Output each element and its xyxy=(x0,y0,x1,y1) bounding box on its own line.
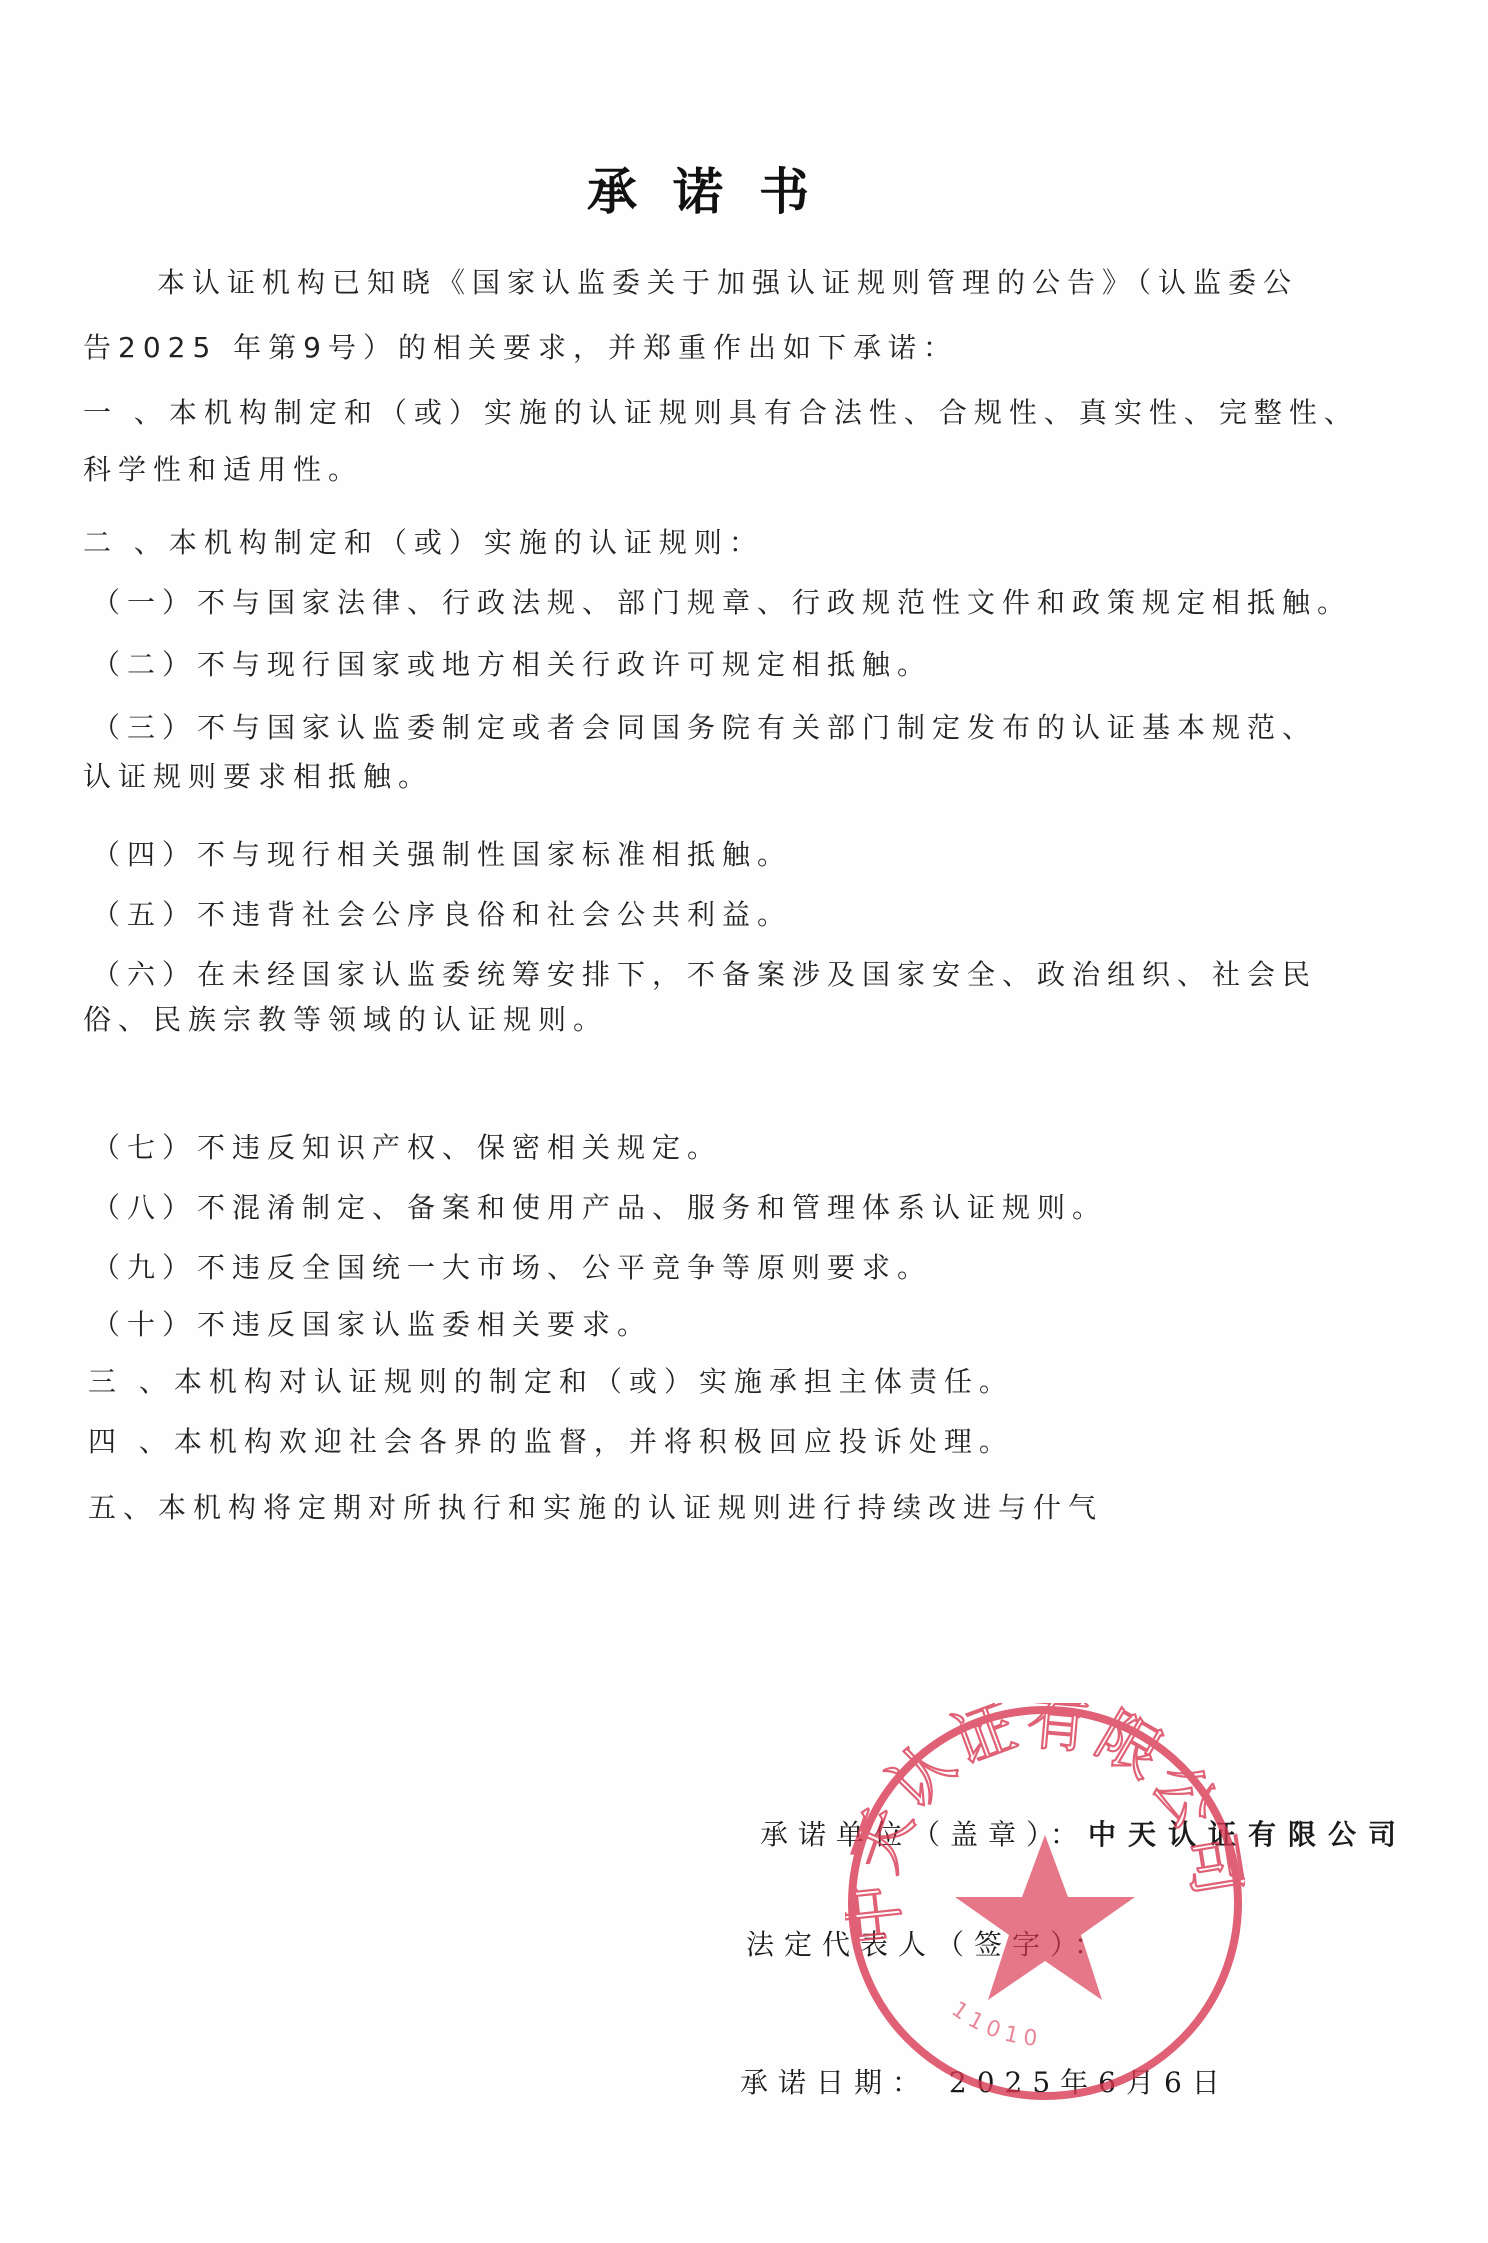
clause-3: 三 、本机构对认证规则的制定和（或）实施承担主体责任。 xyxy=(88,1364,1014,1400)
star-icon xyxy=(955,1835,1135,2000)
signature-rep-label: 法定代表人（签字）： xyxy=(746,1928,1112,1961)
seal-code-text: 11010 xyxy=(947,1997,1045,2052)
clause-2-item-3-cont: 认证规则要求相抵触。 xyxy=(83,759,433,795)
clause-2-item-6: （六）在未经国家认监委统筹安排下，不备案涉及国家安全、政治组织、社会民 xyxy=(92,957,1317,993)
signature-date-value: 2025年6月6日 xyxy=(949,2066,1230,2099)
clause-2-item-3: （三）不与国家认监委制定或者会同国务院有关部门制定发布的认证基本规范、 xyxy=(92,710,1317,746)
signature-unit-label: 承诺单位（盖章）： xyxy=(760,1818,1088,1851)
signature-rep-row: 法定代表人（签字）： xyxy=(746,1927,1112,1963)
document-title: 承诺书 xyxy=(0,162,1396,222)
clause-2-item-2: （二）不与现行国家或地方相关行政许可规定相抵触。 xyxy=(92,647,932,683)
clause-2-item-10: （十）不违反国家认监委相关要求。 xyxy=(92,1307,652,1343)
clause-2-item-1: （一）不与国家法律、行政法规、部门规章、行政规范性文件和政策规定相抵触。 xyxy=(92,585,1352,621)
clause-2-item-9: （九）不违反全国统一大市场、公平竞争等原则要求。 xyxy=(92,1250,932,1286)
signature-date-label: 承诺日期： xyxy=(740,2066,930,2099)
document-page: 承诺书 本认证机构已知晓《国家认监委关于加强认证规则管理的公告》（认监委公 告2… xyxy=(0,0,1488,2243)
intro-line-1: 本认证机构已知晓《国家认监委关于加强认证规则管理的公告》（认监委公 xyxy=(157,265,1298,301)
clause-2-item-8: （八）不混淆制定、备案和使用产品、服务和管理体系认证规则。 xyxy=(92,1190,1107,1226)
seal-ring xyxy=(852,1710,1238,2096)
clause-2-heading: 二 、本机构制定和（或）实施的认证规则： xyxy=(83,525,764,561)
clause-1-line-1: 一 、本机构制定和（或）实施的认证规则具有合法性、合规性、真实性、完整性、 xyxy=(83,395,1359,431)
clause-1-line-2: 科学性和适用性。 xyxy=(83,452,363,488)
clause-2-item-5: （五）不违背社会公序良俗和社会公共利益。 xyxy=(92,897,792,933)
signature-unit-row: 承诺单位（盖章）：中天认证有限公司 xyxy=(760,1817,1408,1853)
clause-2-item-4: （四）不与现行相关强制性国家标准相抵触。 xyxy=(92,837,792,873)
company-seal-stamp: 中天认证有限公司 11010 xyxy=(845,1703,1245,2103)
signature-date-row: 承诺日期： 2025年6月6日 xyxy=(740,2065,1230,2101)
signature-unit-value: 中天认证有限公司 xyxy=(1088,1818,1408,1851)
clause-4: 四 、本机构欢迎社会各界的监督，并将积极回应投诉处理。 xyxy=(88,1424,1014,1460)
clause-5: 五、本机构将定期对所执行和实施的认证规则进行持续改进与什气 xyxy=(88,1490,1103,1526)
intro-line-2: 告2025 年第9号）的相关要求，并郑重作出如下承诺： xyxy=(83,330,958,366)
clause-2-item-7: （七）不违反知识产权、保密相关规定。 xyxy=(92,1130,722,1166)
clause-2-item-6-cont: 俗、民族宗教等领域的认证规则。 xyxy=(83,1002,608,1038)
